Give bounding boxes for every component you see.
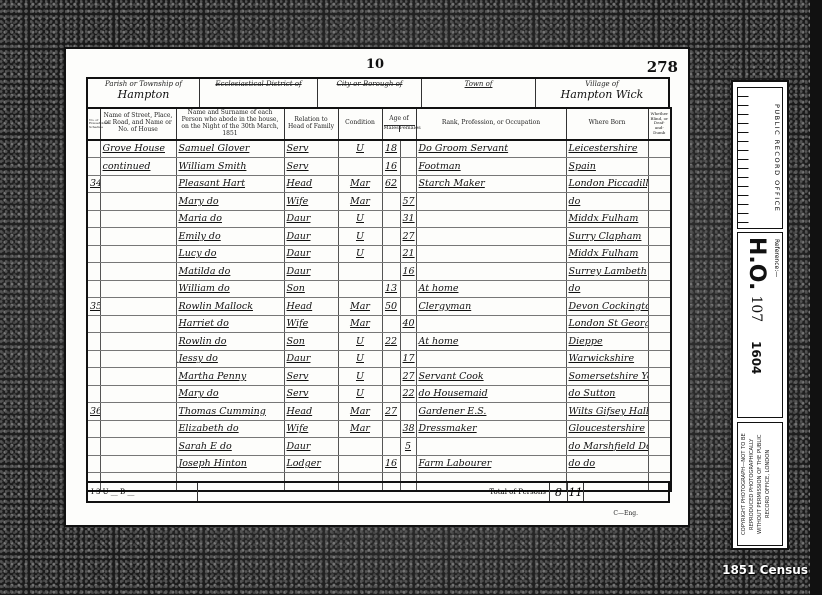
cell-name: Mary do bbox=[176, 193, 284, 211]
cell-age-male bbox=[382, 438, 400, 456]
cell-age-female: 17 bbox=[400, 350, 416, 368]
scan-edge bbox=[810, 0, 822, 595]
cell-occupation: At home bbox=[416, 280, 566, 298]
cell-schedule: 35 bbox=[87, 298, 100, 316]
cell-age-male bbox=[382, 315, 400, 333]
cell-street bbox=[100, 280, 176, 298]
cell-age-female bbox=[400, 298, 416, 316]
reference-box: H.O. 107 1604 Reference:— bbox=[737, 232, 783, 418]
cell-street bbox=[100, 368, 176, 386]
cell-occupation: Starch Maker bbox=[416, 175, 566, 193]
village-value: Hampton Wick bbox=[536, 88, 668, 101]
cell-relation: Son bbox=[284, 280, 338, 298]
table-row: Martha PennyServU27Servant CookSomersets… bbox=[87, 368, 671, 386]
cell-occupation: Footman bbox=[416, 158, 566, 176]
cell-blind bbox=[648, 158, 671, 176]
cell-relation: Serv bbox=[284, 158, 338, 176]
cell-schedule bbox=[87, 210, 100, 228]
cell-street bbox=[100, 193, 176, 211]
cell-schedule bbox=[87, 368, 100, 386]
cell-age-female: 22 bbox=[400, 385, 416, 403]
cell-schedule bbox=[87, 438, 100, 456]
cell-occupation: Farm Labourer bbox=[416, 455, 566, 473]
cell-age-male bbox=[382, 368, 400, 386]
cell-schedule bbox=[87, 228, 100, 246]
cell-name: Pleasant Hart bbox=[176, 175, 284, 193]
cell-schedule: 36 bbox=[87, 403, 100, 421]
cell-street bbox=[100, 333, 176, 351]
cell-birthplace: do Marshfield Doddington bbox=[566, 438, 648, 456]
col-name: Name and Surname of each Person who abod… bbox=[176, 108, 284, 140]
cell-age-male bbox=[382, 385, 400, 403]
cell-occupation: At home bbox=[416, 333, 566, 351]
cell-name: Sarah E do bbox=[176, 438, 284, 456]
totals-row: I 3 U __ B __ Total of Persons 8 11 bbox=[86, 481, 670, 503]
district-header: Parish or Township of Hampton Ecclesiast… bbox=[86, 77, 670, 107]
cell-schedule bbox=[87, 193, 100, 211]
cell-age-male: 50 bbox=[382, 298, 400, 316]
cell-condition: Mar bbox=[338, 298, 382, 316]
cell-blind bbox=[648, 333, 671, 351]
cell-age-female: 16 bbox=[400, 263, 416, 281]
cell-birthplace: London St Georges bbox=[566, 315, 648, 333]
cell-occupation: Dressmaker bbox=[416, 420, 566, 438]
parish-label: Parish or Township of bbox=[88, 80, 199, 88]
cell-name: Harriet do bbox=[176, 315, 284, 333]
cell-age-male bbox=[382, 420, 400, 438]
cell-schedule bbox=[87, 350, 100, 368]
cell-age-male: 27 bbox=[382, 403, 400, 421]
cell-age-female bbox=[400, 333, 416, 351]
cell-schedule bbox=[87, 158, 100, 176]
cell-street bbox=[100, 385, 176, 403]
city-field: City or Borough of bbox=[318, 79, 422, 107]
cell-schedule bbox=[87, 263, 100, 281]
cell-condition: U bbox=[338, 333, 382, 351]
cell-relation: Wife bbox=[284, 315, 338, 333]
cell-condition: U bbox=[338, 368, 382, 386]
copyright-box: COPYRIGHT PHOTOGRAPH—NOT TO BE REPRODUCE… bbox=[737, 422, 783, 546]
cell-occupation: Gardener E.S. bbox=[416, 403, 566, 421]
cell-relation: Head bbox=[284, 175, 338, 193]
form-code: C—Eng. bbox=[613, 510, 638, 517]
cell-name: William do bbox=[176, 280, 284, 298]
table-row: continuedWilliam SmithServ16FootmanSpain bbox=[87, 158, 671, 176]
col-age-label: Age of bbox=[384, 116, 415, 123]
cell-condition bbox=[338, 438, 382, 456]
cell-blind bbox=[648, 280, 671, 298]
cell-street bbox=[100, 245, 176, 263]
cell-age-female: 27 bbox=[400, 228, 416, 246]
census-enumeration-page: 10 278 Parish or Township of Hampton Ecc… bbox=[64, 47, 690, 527]
cell-schedule bbox=[87, 315, 100, 333]
cell-blind bbox=[648, 438, 671, 456]
cell-age-female: 27 bbox=[400, 368, 416, 386]
houses-total-value: I 3 U __ B __ bbox=[91, 488, 134, 496]
cell-birthplace: Surrey Lambeth bbox=[566, 263, 648, 281]
cell-age-female bbox=[400, 158, 416, 176]
cell-relation: Head bbox=[284, 298, 338, 316]
cell-condition bbox=[338, 280, 382, 298]
cell-blind bbox=[648, 315, 671, 333]
col-occupation: Rank, Profession, or Occupation bbox=[416, 108, 566, 140]
cell-condition bbox=[338, 263, 382, 281]
cell-name: Samuel Glover bbox=[176, 140, 284, 158]
reference-card: PUBLIC RECORD OFFICE H.O. 107 1604 Refer… bbox=[731, 80, 789, 550]
cell-blind bbox=[648, 350, 671, 368]
cell-street: continued bbox=[100, 158, 176, 176]
cell-relation: Serv bbox=[284, 368, 338, 386]
cell-relation: Head bbox=[284, 403, 338, 421]
cell-birthplace: Wilts Gifsey Hall bbox=[566, 403, 648, 421]
cell-blind bbox=[648, 210, 671, 228]
cell-street bbox=[100, 350, 176, 368]
cell-occupation: Do Groom Servant bbox=[416, 140, 566, 158]
cell-birthplace: Somersetshire Yeovil bbox=[566, 368, 648, 386]
cell-blind bbox=[648, 420, 671, 438]
town-field: Town of bbox=[422, 79, 536, 107]
cell-occupation: Clergyman bbox=[416, 298, 566, 316]
table-row: Matilda doDaur16Surrey Lambeth bbox=[87, 263, 671, 281]
cell-age-male bbox=[382, 350, 400, 368]
cell-condition: Mar bbox=[338, 175, 382, 193]
cell-name: Mary do bbox=[176, 385, 284, 403]
cell-condition bbox=[338, 158, 382, 176]
cell-schedule bbox=[87, 420, 100, 438]
cell-relation: Daur bbox=[284, 245, 338, 263]
table-row: Harriet doWifeMar40London St Georges bbox=[87, 315, 671, 333]
cell-blind bbox=[648, 263, 671, 281]
cell-birthplace: Spain bbox=[566, 158, 648, 176]
cell-occupation bbox=[416, 263, 566, 281]
cell-relation: Lodger bbox=[284, 455, 338, 473]
table-row: Mary doServU22do Housemaiddo Sutton bbox=[87, 385, 671, 403]
col-blind: Whether Blind, or Deaf-and-Dumb bbox=[648, 108, 671, 140]
col-street: Name of Street, Place, or Road, and Name… bbox=[100, 108, 176, 140]
cell-name: Thomas Cumming bbox=[176, 403, 284, 421]
col-age-males: Males bbox=[384, 126, 400, 132]
cell-occupation bbox=[416, 438, 566, 456]
cell-occupation bbox=[416, 315, 566, 333]
cell-condition: U bbox=[338, 140, 382, 158]
cell-birthplace: do bbox=[566, 280, 648, 298]
cell-name: Joseph Hinton bbox=[176, 455, 284, 473]
cell-schedule bbox=[87, 280, 100, 298]
cell-relation: Daur bbox=[284, 228, 338, 246]
cell-relation: Serv bbox=[284, 385, 338, 403]
parish-value: Hampton bbox=[88, 88, 199, 101]
reference-series: H.O. bbox=[744, 237, 769, 290]
males-total: 8 bbox=[550, 483, 568, 501]
cell-birthplace: do Sutton bbox=[566, 385, 648, 403]
cell-street bbox=[100, 228, 176, 246]
table-row: 36Thomas CummingHeadMar27Gardener E.S.Wi… bbox=[87, 403, 671, 421]
ecclesiastical-field: Ecclesiastical District of bbox=[200, 79, 318, 107]
cell-name: Jessy do bbox=[176, 350, 284, 368]
cell-condition: U bbox=[338, 228, 382, 246]
cell-name: Rowlin Mallock bbox=[176, 298, 284, 316]
cell-street bbox=[100, 403, 176, 421]
cell-condition: U bbox=[338, 350, 382, 368]
col-age-females: Females bbox=[400, 126, 421, 132]
cell-blind bbox=[648, 175, 671, 193]
cell-relation: Daur bbox=[284, 350, 338, 368]
cell-age-male bbox=[382, 245, 400, 263]
cell-occupation bbox=[416, 228, 566, 246]
table-row: Mary doWifeMar57do bbox=[87, 193, 671, 211]
table-row: Lucy doDaurU21Middx Fulham bbox=[87, 245, 671, 263]
col-age: Age of Males Females bbox=[382, 108, 416, 140]
females-total: 11 bbox=[568, 483, 584, 501]
cell-schedule bbox=[87, 140, 100, 158]
table-row: Sarah E doDaur5do Marshfield Doddington bbox=[87, 438, 671, 456]
cell-schedule bbox=[87, 455, 100, 473]
reference-piece: 107 bbox=[748, 295, 764, 322]
cell-occupation bbox=[416, 210, 566, 228]
col-birthplace: Where Born bbox=[566, 108, 648, 140]
ecclesiastical-label: Ecclesiastical District of bbox=[200, 80, 317, 88]
cell-relation: Wife bbox=[284, 193, 338, 211]
cell-age-female bbox=[400, 140, 416, 158]
table-row: Rowlin doSonU22At homeDieppe bbox=[87, 333, 671, 351]
houses-total: I 3 U __ B __ bbox=[88, 483, 198, 501]
cell-condition: Mar bbox=[338, 315, 382, 333]
cell-relation: Serv bbox=[284, 140, 338, 158]
ruler-label: PUBLIC RECORD OFFICE bbox=[773, 88, 781, 228]
village-field: Village of Hampton Wick bbox=[536, 79, 668, 107]
cell-birthplace: do do bbox=[566, 455, 648, 473]
cell-age-female: 40 bbox=[400, 315, 416, 333]
cell-occupation bbox=[416, 193, 566, 211]
cell-age-male: 18 bbox=[382, 140, 400, 158]
ruler-ticks bbox=[738, 88, 764, 228]
cell-occupation bbox=[416, 245, 566, 263]
table-row: 34Pleasant HartHeadMar62Starch MakerLond… bbox=[87, 175, 671, 193]
cell-name: Rowlin do bbox=[176, 333, 284, 351]
copyright-notice: COPYRIGHT PHOTOGRAPH—NOT TO BE REPRODUCE… bbox=[740, 426, 772, 542]
cell-age-female: 21 bbox=[400, 245, 416, 263]
reference-label: Reference:— bbox=[773, 239, 780, 277]
folio-number: 278 bbox=[647, 58, 678, 76]
cell-birthplace: Leicestershire bbox=[566, 140, 648, 158]
cell-birthplace: Warwickshire bbox=[566, 350, 648, 368]
cell-schedule bbox=[87, 245, 100, 263]
watermark-label: 1851 Census bbox=[722, 563, 808, 577]
cell-occupation bbox=[416, 350, 566, 368]
cell-name: Martha Penny bbox=[176, 368, 284, 386]
cell-schedule bbox=[87, 333, 100, 351]
cell-street bbox=[100, 438, 176, 456]
col-condition: Condition bbox=[338, 108, 382, 140]
cell-street bbox=[100, 298, 176, 316]
cell-age-female bbox=[400, 455, 416, 473]
cell-street bbox=[100, 455, 176, 473]
cell-age-male bbox=[382, 210, 400, 228]
cell-age-female: 31 bbox=[400, 210, 416, 228]
cell-name: Elizabeth do bbox=[176, 420, 284, 438]
cell-age-female: 38 bbox=[400, 420, 416, 438]
col-schedule: No. of Householder's Schedule bbox=[87, 108, 100, 140]
cell-age-male bbox=[382, 263, 400, 281]
cell-schedule bbox=[87, 385, 100, 403]
age-subheaders: Males Females bbox=[384, 125, 415, 132]
cell-blind bbox=[648, 368, 671, 386]
reference-number: H.O. 107 1604 bbox=[744, 237, 769, 375]
cell-relation: Daur bbox=[284, 263, 338, 281]
cell-condition: Mar bbox=[338, 403, 382, 421]
cell-birthplace: Middx Fulham bbox=[566, 210, 648, 228]
cell-blind bbox=[648, 193, 671, 211]
totals-blank bbox=[584, 483, 668, 501]
reference-folio: 1604 bbox=[749, 341, 763, 374]
cell-name: Lucy do bbox=[176, 245, 284, 263]
cell-age-female bbox=[400, 175, 416, 193]
cell-condition: Mar bbox=[338, 420, 382, 438]
cell-age-female: 57 bbox=[400, 193, 416, 211]
cell-birthplace: Gloucestershire bbox=[566, 420, 648, 438]
table-row: Emily doDaurU27Surry Clapham bbox=[87, 228, 671, 246]
cell-name: Matilda do bbox=[176, 263, 284, 281]
town-label: Town of bbox=[422, 80, 535, 88]
cell-age-male: 62 bbox=[382, 175, 400, 193]
cell-condition: U bbox=[338, 210, 382, 228]
cell-name: Maria do bbox=[176, 210, 284, 228]
cell-relation: Daur bbox=[284, 210, 338, 228]
cell-occupation: do Housemaid bbox=[416, 385, 566, 403]
cell-blind bbox=[648, 140, 671, 158]
column-headers: No. of Householder's Schedule Name of St… bbox=[87, 108, 671, 140]
parish-field: Parish or Township of Hampton bbox=[88, 79, 200, 107]
page-number: 10 bbox=[366, 57, 384, 72]
cell-age-female bbox=[400, 403, 416, 421]
table-row: William doSon13At homedo bbox=[87, 280, 671, 298]
table-row: Jessy doDaurU17Warwickshire bbox=[87, 350, 671, 368]
cell-street bbox=[100, 263, 176, 281]
cell-birthplace: do bbox=[566, 193, 648, 211]
persons-total-label: Total of Persons bbox=[198, 483, 550, 501]
cell-blind bbox=[648, 403, 671, 421]
cell-age-male bbox=[382, 228, 400, 246]
cell-street bbox=[100, 175, 176, 193]
cell-age-male: 22 bbox=[382, 333, 400, 351]
cell-age-male bbox=[382, 193, 400, 211]
table-row: Maria doDaurU31Middx Fulham bbox=[87, 210, 671, 228]
cell-name: William Smith bbox=[176, 158, 284, 176]
cell-condition bbox=[338, 455, 382, 473]
household-table: No. of Householder's Schedule Name of St… bbox=[86, 107, 672, 492]
cell-street bbox=[100, 315, 176, 333]
cell-age-female: 5 bbox=[400, 438, 416, 456]
cell-condition: Mar bbox=[338, 193, 382, 211]
cell-street bbox=[100, 210, 176, 228]
cell-birthplace: Surry Clapham bbox=[566, 228, 648, 246]
col-relation: Relation to Head of Family bbox=[284, 108, 338, 140]
table-row: Elizabeth doWifeMar38DressmakerGlouceste… bbox=[87, 420, 671, 438]
cell-blind bbox=[648, 228, 671, 246]
cell-condition: U bbox=[338, 245, 382, 263]
cell-age-female bbox=[400, 280, 416, 298]
table-row: Joseph HintonLodger16Farm Labourerdo do bbox=[87, 455, 671, 473]
cell-occupation: Servant Cook bbox=[416, 368, 566, 386]
scale-ruler: PUBLIC RECORD OFFICE bbox=[737, 87, 783, 229]
cell-street bbox=[100, 420, 176, 438]
cell-condition: U bbox=[338, 385, 382, 403]
cell-blind bbox=[648, 298, 671, 316]
cell-name: Emily do bbox=[176, 228, 284, 246]
cell-birthplace: Devon Cockington bbox=[566, 298, 648, 316]
cell-relation: Wife bbox=[284, 420, 338, 438]
cell-blind bbox=[648, 455, 671, 473]
cell-age-male: 13 bbox=[382, 280, 400, 298]
cell-schedule: 34 bbox=[87, 175, 100, 193]
city-label: City or Borough of bbox=[318, 80, 421, 88]
cell-relation: Daur bbox=[284, 438, 338, 456]
cell-street: Grove House bbox=[100, 140, 176, 158]
village-label: Village of bbox=[536, 80, 668, 88]
cell-blind bbox=[648, 245, 671, 263]
cell-birthplace: Middx Fulham bbox=[566, 245, 648, 263]
cell-age-male: 16 bbox=[382, 158, 400, 176]
cell-birthplace: London Piccadilly bbox=[566, 175, 648, 193]
cell-birthplace: Dieppe bbox=[566, 333, 648, 351]
table-row: 35Rowlin MallockHeadMar50ClergymanDevon … bbox=[87, 298, 671, 316]
cell-relation: Son bbox=[284, 333, 338, 351]
table-row: Grove HouseSamuel GloverServU18Do Groom … bbox=[87, 140, 671, 158]
cell-blind bbox=[648, 385, 671, 403]
cell-age-male: 16 bbox=[382, 455, 400, 473]
